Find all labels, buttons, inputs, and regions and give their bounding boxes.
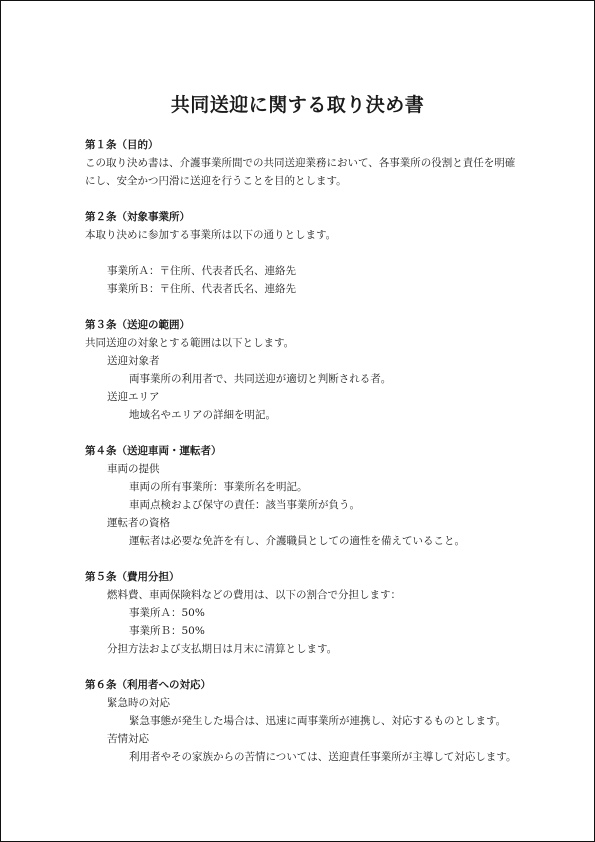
article-6-detail: 利用者やその家族からの苦情については、送迎責任事業所が主導して対応します。 [129,750,516,764]
article-1-line: にし、安全かつ円滑に送迎を行うことを目的とします。 [85,174,347,188]
article-2-heading: 第２条（対象事業所） [85,210,190,224]
article-1-line: この取り決め書は、介護事業所間での共同送迎業務において、各事業所の役割と責任を明… [85,156,515,170]
article-4-detail: 運転者は必要な免許を有し、介護職員としての適性を備えていること。 [129,534,465,548]
article-3-heading: 第３条（送迎の範囲） [85,318,190,332]
article-4-heading: 第４条（送迎車両・運転者） [85,444,222,458]
article-1-heading: 第１条（目的） [85,138,159,152]
document-page: 共同送迎に関する取り決め書 第１条（目的） この取り決め書は、介護事業所間での共… [0,0,595,842]
article-4-subheading: 運転者の資格 [107,516,170,530]
article-3-detail: 地域名やエリアの詳細を明記。 [129,408,276,422]
article-3-subheading: 送迎エリア [107,390,160,404]
article-6-subheading: 緊急時の対応 [107,696,170,710]
article-2-line: 本取り決めに参加する事業所は以下の通りとします。 [85,228,336,242]
article-6-heading: 第６条（利用者への対応） [85,678,211,692]
article-6-subheading: 苦情対応 [107,732,149,746]
article-3-subheading: 送迎対象者 [107,354,160,368]
article-5-share-b: 事業所Ｂ：50% [129,624,205,638]
article-5-share-a: 事業所Ａ：50% [129,606,205,620]
article-6-detail: 緊急事態が発生した場合は、迅速に両事業所が連携し、対応するものとします。 [129,714,506,728]
article-3-line: 共同送迎の対象とする範囲は以下とします。 [85,336,294,350]
article-4-detail: 車両の所有事業所：事業所名を明記。 [129,480,308,494]
article-5-line: 分担方法および支払期日は月末に清算とします。 [107,642,337,656]
article-5-line: 燃料費、車両保険料などの費用は、以下の割合で分担します： [107,588,401,602]
article-5-heading: 第５条（費用分担） [85,570,180,584]
article-3-detail: 両事業所の利用者で、共同送迎が適切と判断される者。 [129,372,391,386]
article-2-office-a: 事業所Ａ：〒住所、代表者氏名、連絡先 [107,264,296,278]
article-2-office-b: 事業所Ｂ：〒住所、代表者氏名、連絡先 [107,282,296,296]
document-title: 共同送迎に関する取り決め書 [1,90,594,117]
article-4-subheading: 車両の提供 [107,462,160,476]
article-4-detail: 車両点検および保守の責任：該当事業所が負う。 [129,498,360,512]
